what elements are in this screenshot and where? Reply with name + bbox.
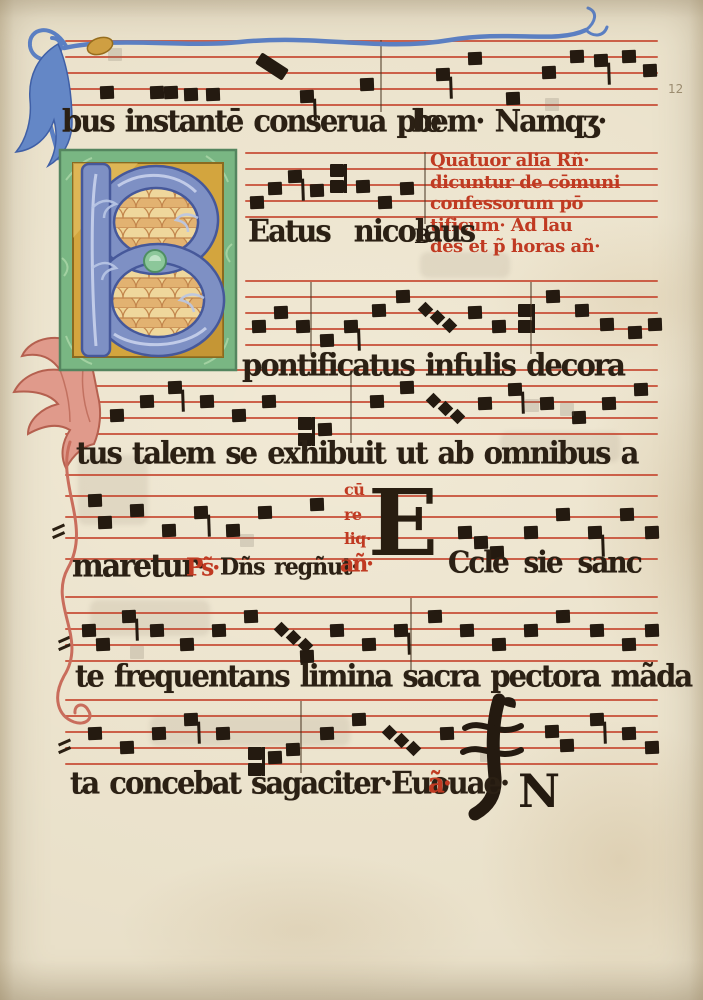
neume-sq [244,610,258,623]
neume-sq [492,638,506,651]
neume-sq [556,508,570,521]
neume-sq [268,751,282,764]
neume-sq [468,306,482,319]
neume-sq [524,624,538,637]
rubric-line: confessorum pō [430,193,645,215]
neume-pd [518,304,535,333]
neume-dm [450,409,466,425]
neume-sq [250,196,264,209]
chant-text-line-3: pontificatus infulis decora [242,349,624,383]
neume-sq [232,409,246,422]
neume-sq [645,741,659,754]
antiphon-abbrev-2: ã· [428,769,450,799]
neume-vg [344,320,358,333]
staff-line [245,280,658,282]
folio-number: 12 [668,82,683,96]
neume-sq [268,182,282,195]
neume-vg [508,383,522,396]
rubric-column-item: cū [344,478,371,503]
illuminated-initial-b [58,148,238,372]
chant-text-line-6: te frequentans limina sacra pectora mãda [75,660,691,694]
neume-sq [356,180,370,193]
neume-gs [525,399,539,412]
neume-sq [492,320,506,333]
neume-sq [560,739,574,752]
neume-sq [370,395,384,408]
neume-sq [362,638,376,651]
neume-sq [600,318,614,331]
neume-sq [643,64,657,77]
neume-sq [320,727,334,740]
neume-sq [458,526,472,539]
neume-sq [546,290,560,303]
neume-sq [310,184,324,197]
neume-sq [372,304,386,317]
neume-vg [588,526,602,539]
cadel-initial-e: E [368,480,438,567]
neume-sq [460,624,474,637]
neume-sq [634,383,648,396]
neume-gs [560,403,574,416]
chant-text-line-1b: bem· Namqʒ· [412,105,605,139]
neume-sq [628,326,642,339]
manuscript-page: 12 bus instantē conserua ple bem· Namqʒ·… [0,0,703,1000]
neume-sq [258,506,272,519]
neume-sq [396,290,410,303]
neume-sq [378,196,392,209]
neume-sq [648,318,662,331]
neume-sq [216,727,230,740]
neume-sq [428,610,442,623]
neume-sq [556,610,570,623]
chant-text-line-5b: Ccle sie sanc [448,547,641,580]
neume-sq [400,182,414,195]
rubric-line: Quatuor alia Rñ· [430,150,645,172]
chant-text-line-2: Eatus nicolaus [248,215,474,249]
gold-leaf-ornament [85,34,115,57]
neume-vg [394,624,408,637]
neume-bar [310,282,312,354]
rubric-column-item: re [344,503,371,528]
neume-sq [262,395,276,408]
neume-sq [226,524,240,537]
neume-sq [620,508,634,521]
neume-sq [645,624,659,637]
chant-text-line-4: tus talem se exhibuit ut ab omnibus a [76,437,637,471]
psalm-incipit: Dñs regñut· [220,554,358,580]
neume-sq [320,334,334,347]
neume-sq [440,727,454,740]
neume-bar [530,282,532,354]
chant-text-line-1a: bus instantē conserua ple [62,105,440,139]
neume-sq [545,725,559,738]
staff-line [245,312,658,314]
neume-sq [352,713,366,726]
neume-sq [212,624,226,637]
neume-sq [310,498,324,511]
neume-bar [300,701,302,773]
staff-line [245,344,658,346]
neume-sq [622,727,636,740]
neume-sq [622,638,636,651]
neume-gs [240,534,254,547]
rubric-column-item: liq· [344,527,371,552]
neume-sq [200,395,214,408]
neume-sq [274,306,288,319]
neume-sq [296,320,310,333]
neume-sq [524,526,538,539]
neume-sq [286,743,300,756]
neume-dm [406,741,422,757]
neume-sq [602,397,616,410]
neume-sq [252,320,266,333]
neume-sq [645,526,659,539]
neume-sq [540,397,554,410]
neume-sq [590,624,604,637]
neume-sq [478,397,492,410]
neume-sq [330,624,344,637]
rubric-psalm-abbrev: Ps̃· [186,554,218,581]
neume-sq [622,50,636,63]
music-staff [245,280,658,344]
pink-acanthus-flourish [0,330,200,760]
staff-line [245,296,658,298]
neume-sq [575,304,589,317]
rubric-line: dicuntur de cōmuni [430,172,645,194]
rubric-column: cū re liq· [344,478,371,552]
chant-text-line-5-maretur: maretur· [72,549,204,584]
neume-dm [442,318,458,334]
neume-vg [590,713,604,726]
initial-n: N [518,764,560,818]
